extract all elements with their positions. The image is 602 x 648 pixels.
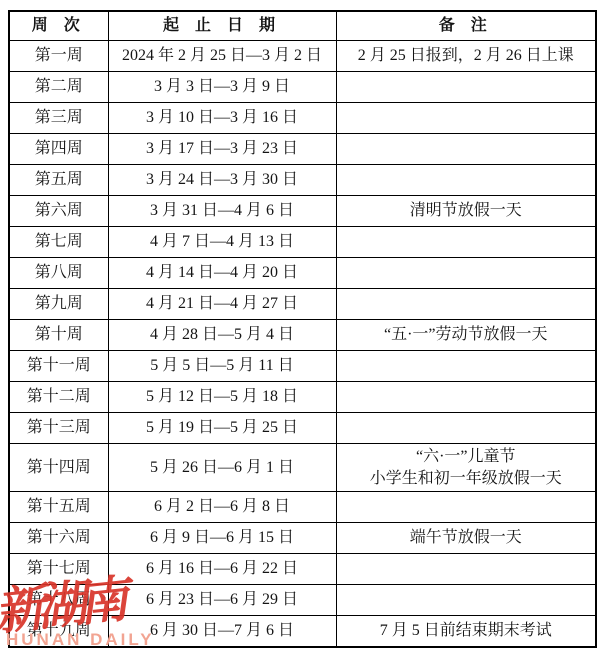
table-row: 第二周 3 月 3 日—3 月 9 日 [9,72,596,103]
dates-cell: 5 月 19 日—5 月 25 日 [108,413,336,444]
note-cell [336,72,596,103]
table-body: 第一周 2024 年 2 月 25 日—3 月 2 日 2 月 25 日报到，2… [9,41,596,648]
note-cell: “六·一”儿童节 小学生和初一年级放假一天 [336,444,596,492]
table-row: 第九周 4 月 21 日—4 月 27 日 [9,289,596,320]
dates-cell: 5 月 5 日—5 月 11 日 [108,351,336,382]
dates-cell: 6 月 30 日—7 月 6 日 [108,616,336,648]
note-cell [336,492,596,523]
week-cell: 第十三周 [9,413,108,444]
table-row: 第七周 4 月 7 日—4 月 13 日 [9,227,596,258]
dates-cell: 3 月 31 日—4 月 6 日 [108,196,336,227]
dates-cell: 6 月 23 日—6 月 29 日 [108,585,336,616]
table-row: 第十九周 6 月 30 日—7 月 6 日 7 月 5 日前结束期末考试 [9,616,596,648]
table-row: 第三周 3 月 10 日—3 月 16 日 [9,103,596,134]
week-cell: 第五周 [9,165,108,196]
dates-cell: 4 月 28 日—5 月 4 日 [108,320,336,351]
week-cell: 第十四周 [9,444,108,492]
dates-cell: 4 月 14 日—4 月 20 日 [108,258,336,289]
week-cell: 第十周 [9,320,108,351]
table-row: 第一周 2024 年 2 月 25 日—3 月 2 日 2 月 25 日报到，2… [9,41,596,72]
dates-cell: 2024 年 2 月 25 日—3 月 2 日 [108,41,336,72]
dates-cell: 6 月 16 日—6 月 22 日 [108,554,336,585]
week-cell: 第七周 [9,227,108,258]
header-cell-week: 周 次 [9,11,108,41]
table-row: 第十周 4 月 28 日—5 月 4 日 “五·一”劳动节放假一天 [9,320,596,351]
table-row: 第十二周 5 月 12 日—5 月 18 日 [9,382,596,413]
table-row: 第六周 3 月 31 日—4 月 6 日 清明节放假一天 [9,196,596,227]
week-cell: 第一周 [9,41,108,72]
dates-cell: 3 月 24 日—3 月 30 日 [108,165,336,196]
note-cell: “五·一”劳动节放假一天 [336,320,596,351]
week-cell: 第十九周 [9,616,108,648]
table-row: 第十三周 5 月 19 日—5 月 25 日 [9,413,596,444]
dates-cell: 3 月 17 日—3 月 23 日 [108,134,336,165]
week-cell: 第二周 [9,72,108,103]
table-row: 第八周 4 月 14 日—4 月 20 日 [9,258,596,289]
note-cell [336,554,596,585]
note-cell [336,585,596,616]
dates-cell: 6 月 9 日—6 月 15 日 [108,523,336,554]
week-cell: 第十八周 [9,585,108,616]
note-cell [336,134,596,165]
header-cell-note: 备 注 [336,11,596,41]
week-cell: 第十二周 [9,382,108,413]
document-page: 周 次 起 止 日 期 备 注 第一周 2024 年 2 月 25 日—3 月 … [0,0,602,648]
dates-cell: 5 月 26 日—6 月 1 日 [108,444,336,492]
dates-cell: 5 月 12 日—5 月 18 日 [108,382,336,413]
note-cell [336,289,596,320]
week-cell: 第六周 [9,196,108,227]
schedule-table: 周 次 起 止 日 期 备 注 第一周 2024 年 2 月 25 日—3 月 … [8,10,597,648]
table-row: 第十一周 5 月 5 日—5 月 11 日 [9,351,596,382]
note-cell [336,382,596,413]
table-row: 第四周 3 月 17 日—3 月 23 日 [9,134,596,165]
week-cell: 第十七周 [9,554,108,585]
dates-cell: 4 月 21 日—4 月 27 日 [108,289,336,320]
week-cell: 第十六周 [9,523,108,554]
note-cell [336,413,596,444]
note-cell: 7 月 5 日前结束期末考试 [336,616,596,648]
dates-cell: 6 月 2 日—6 月 8 日 [108,492,336,523]
week-cell: 第三周 [9,103,108,134]
dates-cell: 4 月 7 日—4 月 13 日 [108,227,336,258]
table-row: 第十七周 6 月 16 日—6 月 22 日 [9,554,596,585]
note-cell: 端午节放假一天 [336,523,596,554]
table-row: 第十四周 5 月 26 日—6 月 1 日 “六·一”儿童节 小学生和初一年级放… [9,444,596,492]
week-cell: 第十一周 [9,351,108,382]
table-row: 第十五周 6 月 2 日—6 月 8 日 [9,492,596,523]
week-cell: 第十五周 [9,492,108,523]
table-row: 第十八周 6 月 23 日—6 月 29 日 [9,585,596,616]
note-cell [336,165,596,196]
note-cell: 清明节放假一天 [336,196,596,227]
table-row: 第十六周 6 月 9 日—6 月 15 日 端午节放假一天 [9,523,596,554]
table-header-row: 周 次 起 止 日 期 备 注 [9,11,596,41]
week-cell: 第八周 [9,258,108,289]
table-row: 第五周 3 月 24 日—3 月 30 日 [9,165,596,196]
dates-cell: 3 月 3 日—3 月 9 日 [108,72,336,103]
dates-cell: 3 月 10 日—3 月 16 日 [108,103,336,134]
note-cell: 2 月 25 日报到，2 月 26 日上课 [336,41,596,72]
note-cell [336,227,596,258]
header-cell-dates: 起 止 日 期 [108,11,336,41]
note-cell [336,258,596,289]
week-cell: 第四周 [9,134,108,165]
week-cell: 第九周 [9,289,108,320]
note-cell [336,103,596,134]
note-cell [336,351,596,382]
